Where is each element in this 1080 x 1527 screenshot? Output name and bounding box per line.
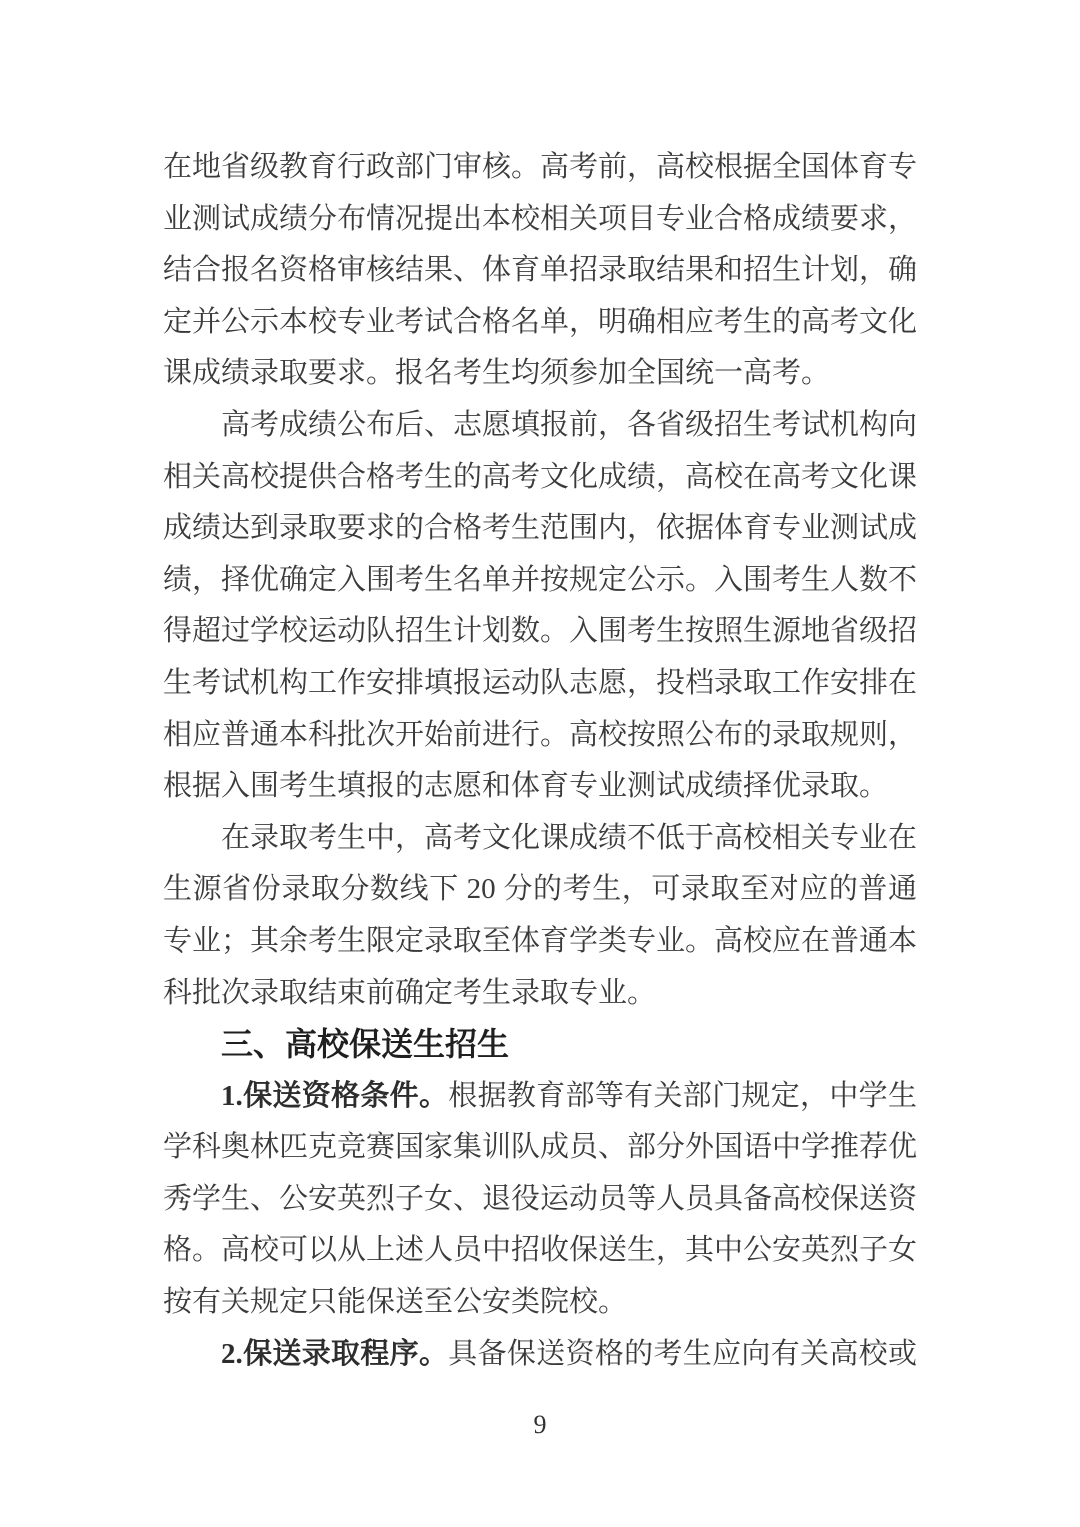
text-line: 生考试机构工作安排填报运动队志愿，投档录取工作安排在 [163, 658, 917, 710]
text-line: 在地省级教育行政部门审核。高考前，高校根据全国体育专 [163, 142, 917, 194]
text-line: 得超过学校运动队招生计划数。入围考生按照生源地省级招 [163, 606, 917, 658]
text-line: 高考成绩公布后、志愿填报前，各省级招生考试机构向 [163, 400, 917, 452]
text-line: 业测试成绩分布情况提出本校相关项目专业合格成绩要求， [163, 194, 917, 246]
text-line: 成绩达到录取要求的合格考生范围内，依据体育专业测试成 [163, 503, 917, 555]
text-line: 学科奥林匹克竞赛国家集训队成员、部分外国语中学推荐优 [163, 1122, 917, 1174]
section-heading: 三、高校保送生招生 [163, 1019, 917, 1071]
text-line: 课成绩录取要求。报名考生均须参加全国统一高考。 [163, 348, 917, 400]
text-line: 在录取考生中，高考文化课成绩不低于高校相关专业在 [163, 813, 917, 865]
text-line: 科批次录取结束前确定考生录取专业。 [163, 968, 917, 1020]
text-line: 绩，择优确定入围考生名单并按规定公示。入围考生人数不 [163, 555, 917, 607]
text-line: 相应普通本科批次开始前进行。高校按照公布的录取规则， [163, 710, 917, 762]
item-body-text: 具备保送资格的考生应向有关高校或 [448, 1338, 917, 1370]
item-number-lead: 2.保送录取程序。 [221, 1338, 448, 1370]
page-number: 9 [0, 1410, 1080, 1440]
item-body-text: 根据教育部等有关部门规定，中学生 [448, 1080, 917, 1112]
text-line: 2.保送录取程序。具备保送资格的考生应向有关高校或 [163, 1329, 917, 1381]
text-line: 专业；其余考生限定录取至体育学类专业。高校应在普通本 [163, 916, 917, 968]
text-line: 相关高校提供合格考生的高考文化成绩，高校在高考文化课 [163, 452, 917, 504]
text-line: 定并公示本校专业考试合格名单，明确相应考生的高考文化 [163, 297, 917, 349]
text-line: 秀学生、公安英烈子女、退役运动员等人员具备高校保送资 [163, 1174, 917, 1226]
text-line: 1.保送资格条件。根据教育部等有关部门规定，中学生 [163, 1071, 917, 1123]
document-page: 在地省级教育行政部门审核。高考前，高校根据全国体育专 业测试成绩分布情况提出本校… [0, 0, 1080, 1527]
text-line: 按有关规定只能保送至公安类院校。 [163, 1277, 917, 1329]
text-line: 生源省份录取分数线下 20 分的考生，可录取至对应的普通 [163, 864, 917, 916]
text-line: 根据入围考生填报的志愿和体育专业测试成绩择优录取。 [163, 761, 917, 813]
text-line: 结合报名资格审核结果、体育单招录取结果和招生计划，确 [163, 245, 917, 297]
item-number-lead: 1.保送资格条件。 [221, 1080, 448, 1112]
text-block: 在地省级教育行政部门审核。高考前，高校根据全国体育专 业测试成绩分布情况提出本校… [163, 142, 917, 1380]
text-line: 格。高校可以从上述人员中招收保送生，其中公安英烈子女 [163, 1225, 917, 1277]
